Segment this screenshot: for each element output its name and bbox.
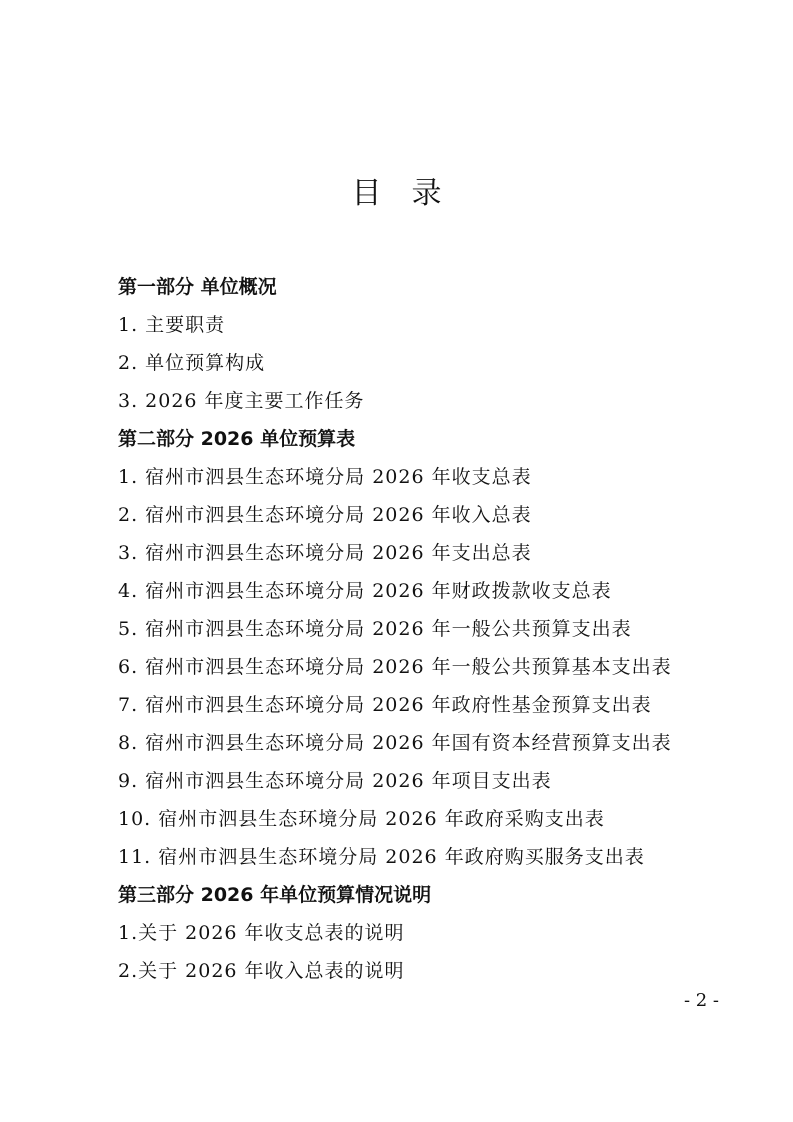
toc-entry[interactable]: 9. 宿州市泗县生态环境分局 2026 年项目支出表 <box>118 762 738 800</box>
toc-entry[interactable]: 10. 宿州市泗县生态环境分局 2026 年政府采购支出表 <box>118 800 738 838</box>
toc-entry[interactable]: 8. 宿州市泗县生态环境分局 2026 年国有资本经营预算支出表 <box>118 724 738 762</box>
page-title: 目录 <box>0 168 793 212</box>
toc-entry[interactable]: 2.关于 2026 年收入总表的说明 <box>118 952 738 990</box>
toc-entry[interactable]: 2. 单位预算构成 <box>118 344 738 382</box>
toc-entry[interactable]: 1. 主要职责 <box>118 306 738 344</box>
toc-entry[interactable]: 3. 2026 年度主要工作任务 <box>118 382 738 420</box>
toc-entry[interactable]: 4. 宿州市泗县生态环境分局 2026 年财政拨款收支总表 <box>118 572 738 610</box>
title-char-right: 录 <box>412 176 442 211</box>
toc-entry[interactable]: 7. 宿州市泗县生态环境分局 2026 年政府性基金预算支出表 <box>118 686 738 724</box>
toc-entry[interactable]: 1.关于 2026 年收支总表的说明 <box>118 914 738 952</box>
toc-entry[interactable]: 11. 宿州市泗县生态环境分局 2026 年政府购买服务支出表 <box>118 838 738 876</box>
page-number: - 2 - <box>684 990 719 1011</box>
toc-entry[interactable]: 6. 宿州市泗县生态环境分局 2026 年一般公共预算基本支出表 <box>118 648 738 686</box>
toc-section-part-3[interactable]: 第三部分 2026 年单位预算情况说明 <box>118 876 738 914</box>
title-char-left: 目 <box>352 176 382 211</box>
toc-section-part-1[interactable]: 第一部分 单位概况 <box>118 268 738 306</box>
toc-entry[interactable]: 3. 宿州市泗县生态环境分局 2026 年支出总表 <box>118 534 738 572</box>
toc-entry[interactable]: 2. 宿州市泗县生态环境分局 2026 年收入总表 <box>118 496 738 534</box>
toc-section-part-2[interactable]: 第二部分 2026 单位预算表 <box>118 420 738 458</box>
table-of-contents: 第一部分 单位概况 1. 主要职责 2. 单位预算构成 3. 2026 年度主要… <box>118 268 738 990</box>
toc-entry[interactable]: 1. 宿州市泗县生态环境分局 2026 年收支总表 <box>118 458 738 496</box>
toc-entry[interactable]: 5. 宿州市泗县生态环境分局 2026 年一般公共预算支出表 <box>118 610 738 648</box>
